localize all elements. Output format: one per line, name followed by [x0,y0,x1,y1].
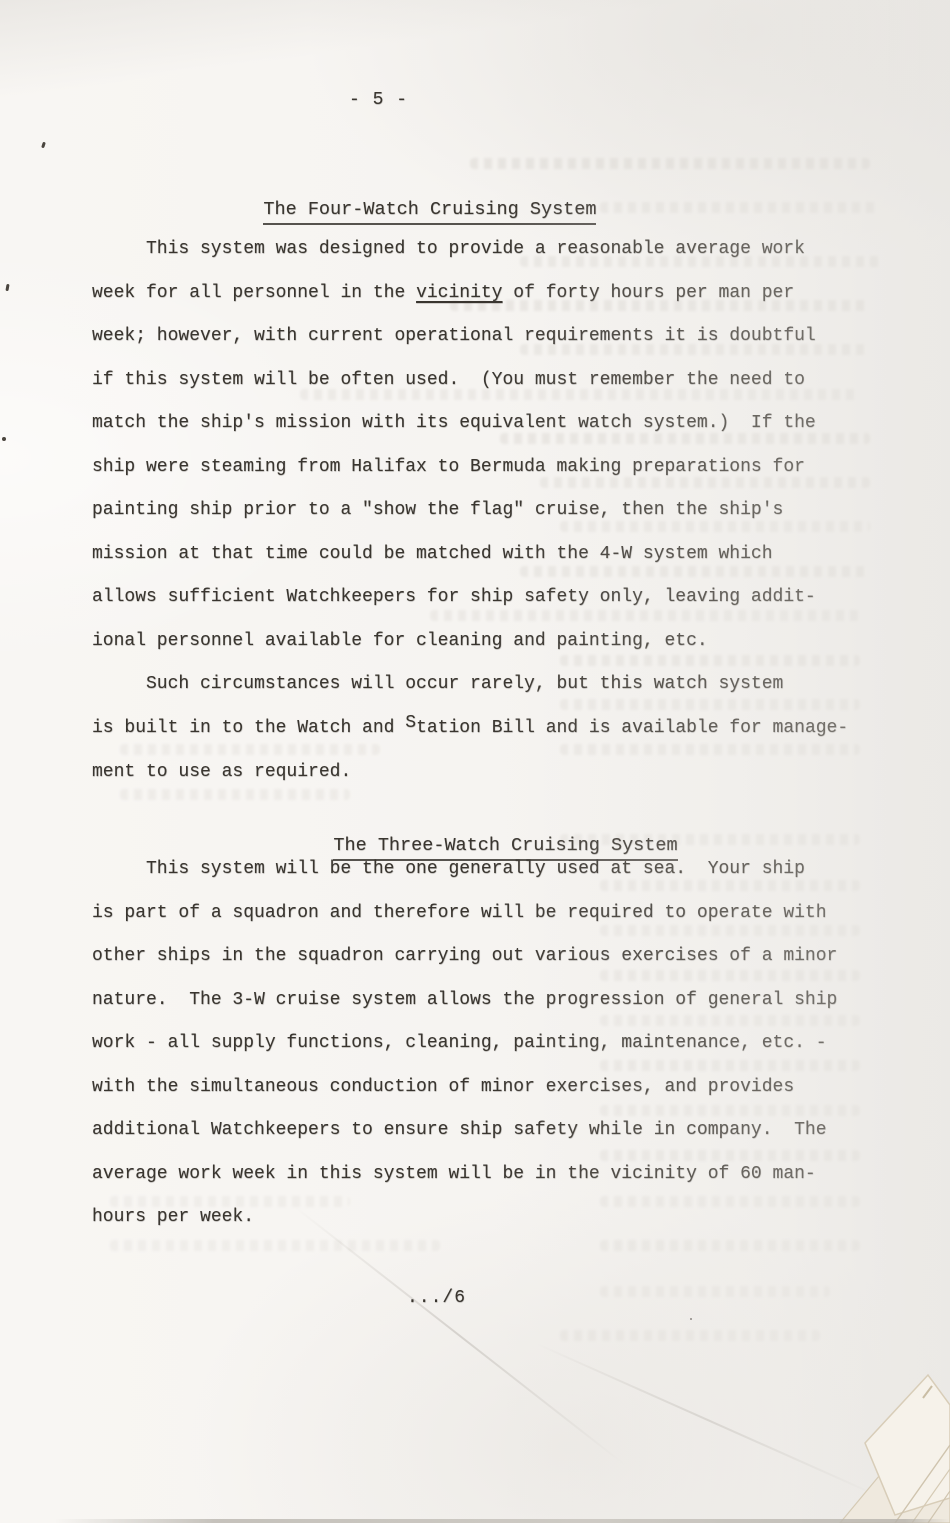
text-segment: if this system will be often used. (You … [92,370,805,390]
text-segment: week for all personnel in the [92,283,416,303]
text-segment: nature. The 3-W cruise system allows the… [92,990,837,1010]
text-segment: with the simultaneous conduction of mino… [92,1077,794,1097]
text-segment: painting ship prior to a "show the flag"… [92,500,783,520]
ghost-text-stripe [600,202,880,213]
text-segment: work - all supply functions, cleaning, p… [92,1033,827,1053]
text-line: week for all personnel in the vicinity o… [92,272,892,316]
text-line: additional Watchkeepers to ensure ship s… [92,1109,892,1153]
text-segment: is part of a squadron and therefore will… [92,903,827,923]
paragraphs-four-watch: This system was designed to provide a re… [92,228,892,794]
text-segment: match the ship's mission with its equiva… [92,413,816,433]
raised-character: S [405,713,416,733]
paragraphs-three-watch: This system will be the one generally us… [92,848,892,1240]
text-line: hours per week. [92,1196,892,1240]
text-line: ment to use as required. [92,751,892,795]
text-segment: This system was designed to provide a re… [146,239,805,259]
text-segment: week; however, with current operational … [92,326,816,346]
text-line: is part of a squadron and therefore will… [92,892,892,936]
ghost-text-stripe [470,158,870,169]
ink-speck [41,142,46,149]
text-line: other ships in the squadron carrying out… [92,935,892,979]
text-line: work - all supply functions, cleaning, p… [92,1022,892,1066]
text-line: match the ship's mission with its equiva… [92,402,892,446]
ink-speck [690,1318,692,1320]
text-line: ship were steaming from Halifax to Bermu… [92,446,892,490]
ghost-text-stripe [600,1286,830,1297]
text-line: week; however, with current operational … [92,315,892,359]
text-line: with the simultaneous conduction of mino… [92,1066,892,1110]
text-segment: ment to use as required. [92,762,351,782]
text-line: painting ship prior to a "show the flag"… [92,489,892,533]
text-line: This system will be the one generally us… [92,848,892,892]
scanned-document-page: - 5 - The Four-Watch Cruising System Thi… [0,0,950,1523]
text-line: Such circumstances will occur rarely, bu… [92,663,892,707]
paper-crease-line [536,1343,884,1499]
text-segment: other ships in the squadron carrying out… [92,946,837,966]
scan-bottom-edge [55,1519,950,1523]
page-continuation-mark: .../6 [407,1288,466,1308]
text-segment: ship were steaming from Halifax to Bermu… [92,457,805,477]
text-segment: allows sufficient Watchkeepers for ship … [92,587,816,607]
text-line: ional personnel available for cleaning a… [92,620,892,664]
text-segment: of forty hours per man per [502,283,794,303]
text-segment: additional Watchkeepers to ensure ship s… [92,1120,827,1140]
text-line: allows sufficient Watchkeepers for ship … [92,576,892,620]
folded-page-corners [690,1293,950,1523]
ghost-text-stripe [110,1240,440,1251]
paper-crease-line [294,1206,626,1466]
text-segment: tation Bill and is available for manage- [416,718,848,738]
text-line: average work week in this system will be… [92,1153,892,1197]
text-segment: ional personnel available for cleaning a… [92,631,708,651]
underlined-word: vicinity [416,283,502,303]
text-line: if this system will be often used. (You … [92,359,892,403]
text-segment: This system will be the one generally us… [146,859,805,879]
page-number: - 5 - [349,90,408,110]
paper-crease-shading [0,0,950,150]
text-line: This system was designed to provide a re… [92,228,892,272]
ghost-text-stripe [600,1240,860,1251]
text-segment: Such circumstances will occur rarely, bu… [146,674,783,694]
text-segment: is built in to the Watch and [92,718,405,738]
ghost-text-stripe [560,1330,820,1341]
text-line: is built in to the Watch and Station Bil… [92,707,892,751]
ink-speck [5,284,9,291]
text-segment: average work week in this system will be… [92,1164,816,1184]
text-segment: hours per week. [92,1207,254,1227]
heading-underlined-text: The Four-Watch Cruising System [263,199,596,225]
ink-speck [2,437,6,441]
text-line: mission at that time could be matched wi… [92,533,892,577]
text-line: nature. The 3-W cruise system allows the… [92,979,892,1023]
text-segment: mission at that time could be matched wi… [92,544,773,564]
